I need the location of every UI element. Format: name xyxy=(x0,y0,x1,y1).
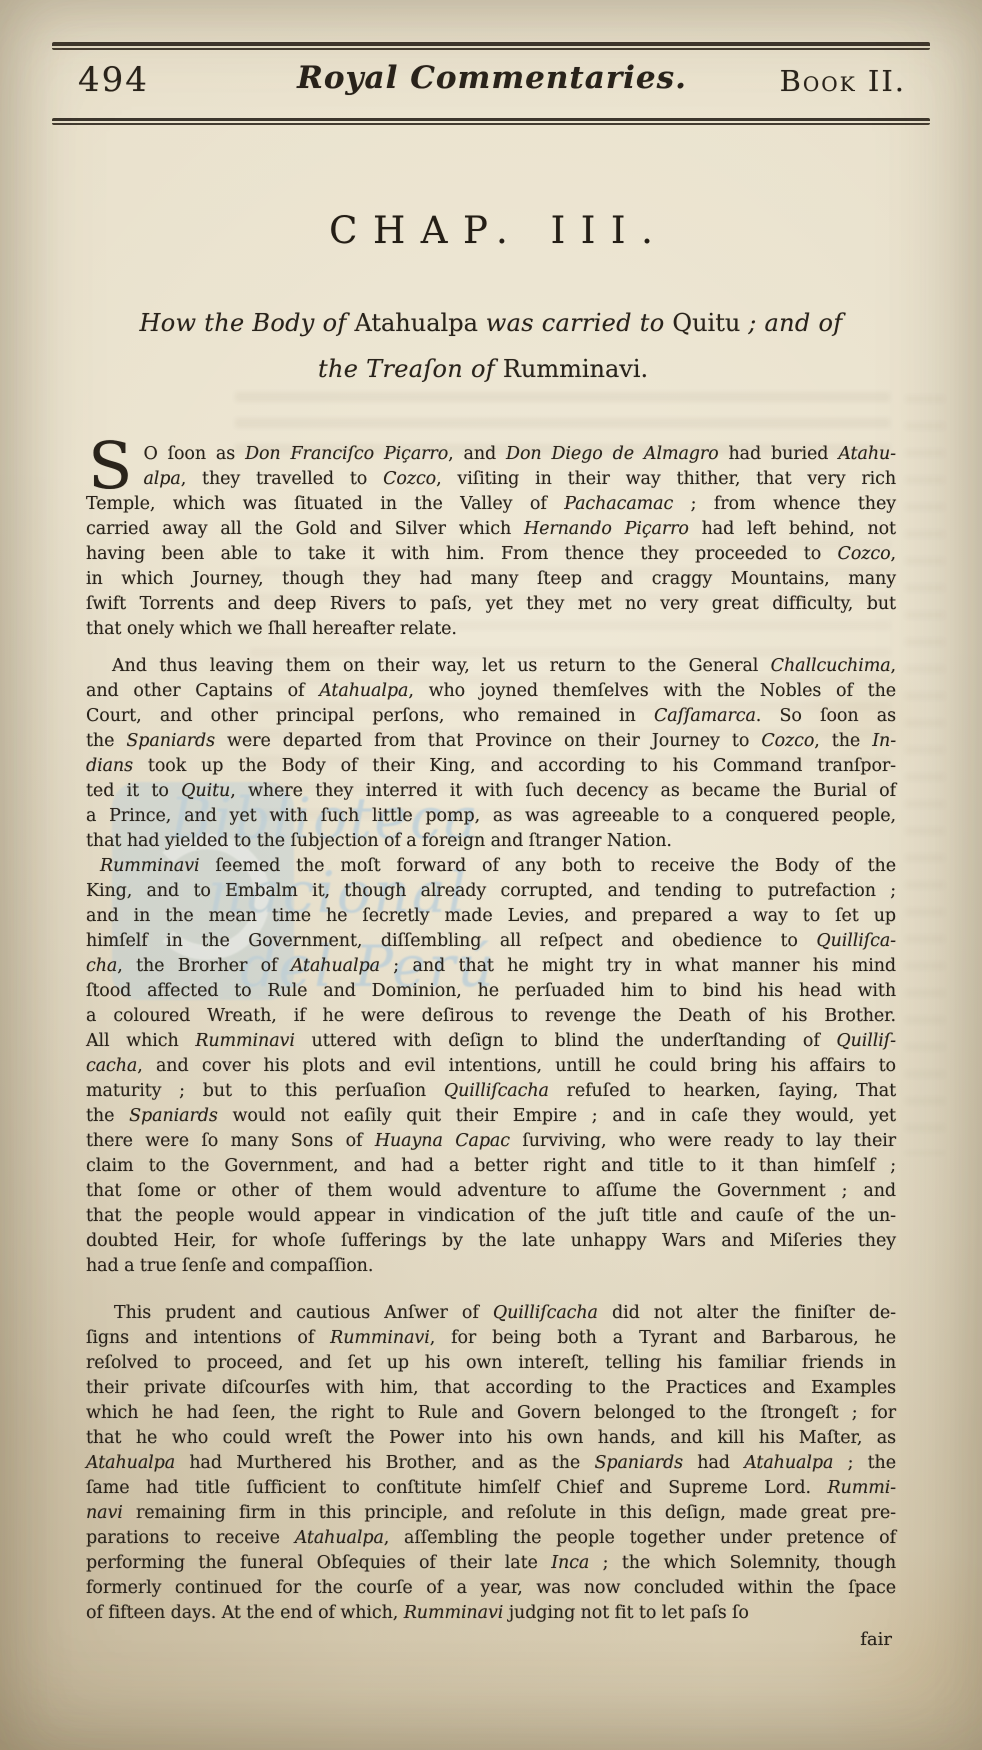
text-line: that onely which we ſhall hereafter rela… xyxy=(86,617,896,642)
text-line: and in the mean time he ſecretly made Le… xyxy=(86,904,896,929)
running-head: 494 Royal Commentaries. Book II. xyxy=(78,60,906,110)
paragraph-1: SO ſoon as Don Franciſco Piçarro, and Do… xyxy=(86,442,896,642)
header-rule-top xyxy=(52,42,930,50)
text-line: reſolved to proceed, and ſet up his own … xyxy=(86,1351,896,1376)
text-line: the Spaniards would not eaſily quit thei… xyxy=(86,1104,896,1129)
text-line: himſelf in the Government, diſſembling a… xyxy=(86,929,896,954)
text-line: cacha, and cover his plots and evil inte… xyxy=(86,1054,896,1079)
text-line: in which Journey, though they had many ſ… xyxy=(86,567,896,592)
book-page-scan: Biblioteca nacional del Perú 494 Royal C… xyxy=(0,0,982,1750)
text-line: parations to receive Atahualpa, aſſembli… xyxy=(86,1526,896,1551)
catchword: fair xyxy=(860,1629,892,1650)
text-line: Rumminavi ſeemed the moſt forward of any… xyxy=(86,854,896,879)
body-text: SO ſoon as Don Franciſco Piçarro, and Do… xyxy=(86,442,896,1626)
text-line: ſigns and intentions of Rumminavi, for b… xyxy=(86,1326,896,1351)
text-line: there were ſo many Sons of Huayna Capac … xyxy=(86,1129,896,1154)
text-line: How the Body of Atahualpa was carried to… xyxy=(86,300,896,346)
text-line: Temple, which was ſituated in the Valley… xyxy=(86,492,896,517)
text-line: Court, and other principal perſons, who … xyxy=(86,704,896,729)
paragraph-4: This prudent and cautious Anſwer of Quil… xyxy=(86,1301,896,1626)
text-line: O ſoon as Don Franciſco Piçarro, and Don… xyxy=(86,442,896,467)
text-line: ted it to Quitu, where they interred it … xyxy=(86,779,896,804)
text-line: ſame had title ſufficient to conſtitute … xyxy=(86,1476,896,1501)
text-line: of fifteen days. At the end of which, Ru… xyxy=(86,1601,896,1626)
paragraph-2: And thus leaving them on their way, let … xyxy=(86,654,896,854)
text-line: ſtood affected to Rule and Dominion, he … xyxy=(86,979,896,1004)
text-line: ſwift Torrents and deep Rivers to paſs, … xyxy=(86,592,896,617)
text-line: maturity ; but to this perſuaſion Quilli… xyxy=(86,1079,896,1104)
text-line: had a true ſenſe and compaſſion. xyxy=(86,1254,896,1279)
running-title: Royal Commentaries. xyxy=(78,60,906,96)
text-line: carried away all the Gold and Silver whi… xyxy=(86,517,896,542)
text-line: doubted Heir, for whoſe ſufferings by th… xyxy=(86,1229,896,1254)
text-line: And thus leaving them on their way, let … xyxy=(86,654,896,679)
text-line: navi remaining firm in this principle, a… xyxy=(86,1501,896,1526)
text-line: alpa, they travelled to Cozco, viſiting … xyxy=(86,467,896,492)
catchword-row: fair xyxy=(90,1627,892,1652)
text-line: This prudent and cautious Anſwer of Quil… xyxy=(86,1301,896,1326)
text-line: which he had ſeen, the right to Rule and… xyxy=(86,1401,896,1426)
text-line: that had yielded to the ſubjection of a … xyxy=(86,829,896,854)
text-line: and other Captains of Atahualpa, who joy… xyxy=(86,679,896,704)
text-line: claim to the Government, and had a bette… xyxy=(86,1154,896,1179)
text-line: Atahualpa had Murthered his Brother, and… xyxy=(86,1451,896,1476)
header-rule-bottom xyxy=(52,118,930,125)
text-line: dians took up the Body of their King, an… xyxy=(86,754,896,779)
text-line: formerly continued for the courſe of a y… xyxy=(86,1576,896,1601)
text-line: All which Rumminavi uttered with deſign … xyxy=(86,1029,896,1054)
text-line: that he who could wreſt the Power into h… xyxy=(86,1426,896,1451)
chapter-argument: How the Body of Atahualpa was carried to… xyxy=(86,300,896,392)
text-line: having been able to take it with him. Fr… xyxy=(86,542,896,567)
text-line: a coloured Wreath, if he were deſirous t… xyxy=(86,1004,896,1029)
text-line: that ſome or other of them would adventu… xyxy=(86,1179,896,1204)
text-line: performing the funeral Obſequies of thei… xyxy=(86,1551,896,1576)
text-line: King, and to Embalm it, though already c… xyxy=(86,879,896,904)
text-line: their private diſcourſes with him, that … xyxy=(86,1376,896,1401)
text-line: that the people would appear in vindicat… xyxy=(86,1204,896,1229)
text-line: the Spaniards were departed from that Pr… xyxy=(86,729,896,754)
text-line: a Prince, and yet with ſuch little pomp,… xyxy=(86,804,896,829)
drop-cap-initial: S xyxy=(86,442,143,492)
text-line: the Treaſon of Rumminavi. xyxy=(86,346,896,392)
paragraph-3: Rumminavi ſeemed the moſt forward of any… xyxy=(86,854,896,1279)
text-line: cha, the Brorher of Atahualpa ; and that… xyxy=(86,954,896,979)
chapter-heading: CHAP. III. xyxy=(0,209,982,252)
